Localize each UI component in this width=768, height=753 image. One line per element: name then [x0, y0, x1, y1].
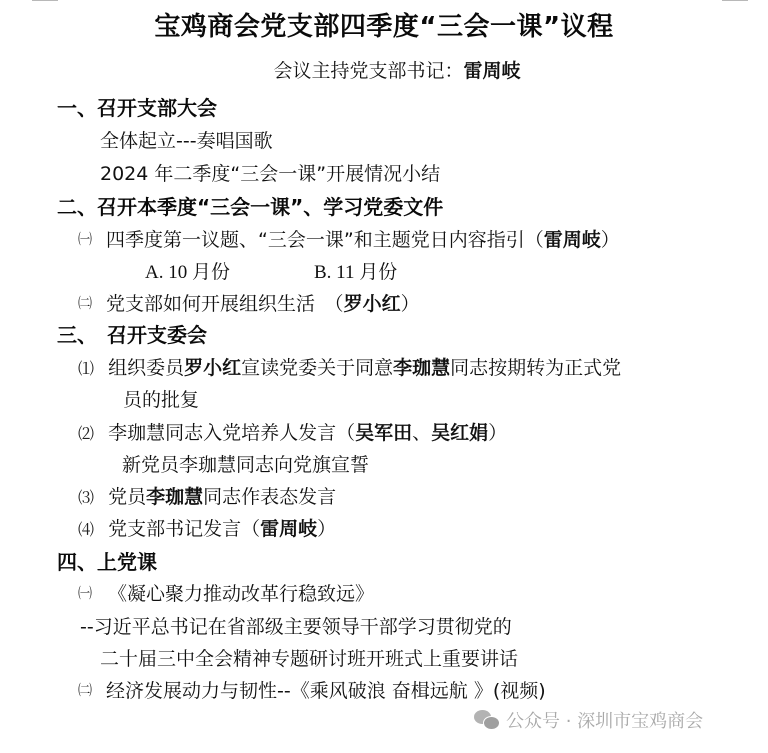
- item-marker: ㈡: [78, 291, 92, 317]
- lecture-subtitle: --习近平总书记在省部级主要领导干部学习贯彻党的: [80, 614, 512, 640]
- person-name: 罗小红: [184, 357, 241, 379]
- agenda-item-continuation: 员的批复: [123, 387, 199, 413]
- agenda-item: ㈠ 四季度第一议题、“三会一课”和主题党日内容指引（雷周岐）: [78, 227, 620, 253]
- item-text: 李珈慧同志入党培养人发言（: [108, 422, 355, 444]
- item-marker: ㈠: [78, 227, 92, 253]
- option-b-label: B. 11 月份: [314, 262, 397, 283]
- agenda-item: ⑴ 组织委员罗小红宣读党委关于同意李珈慧同志按期转为正式党: [78, 355, 621, 382]
- agenda-item: ⑷ 党支部书记发言（雷周岐）: [78, 516, 336, 543]
- item-text: ）: [488, 422, 507, 444]
- wechat-watermark: 公众号 · 深圳市宝鸡商会: [474, 707, 703, 733]
- video-title: 经济发展动力与韧性--《乘风破浪 奋楫远航 》(视频): [106, 680, 546, 702]
- item-marker: ⑵: [78, 421, 94, 447]
- wechat-icon: [474, 709, 500, 731]
- item-marker: ㈡: [78, 678, 92, 704]
- item-text: 四季度第一议题、“三会一课”和主题党日内容指引（: [106, 229, 544, 251]
- agenda-item: ㈡ 党支部如何开展组织生活 （罗小红）: [78, 291, 420, 317]
- host-label: 会议主持党支部书记：: [273, 60, 463, 82]
- option-a: A. 10 月份: [145, 259, 230, 286]
- item-text: 同志作表态发言: [203, 486, 336, 508]
- item-text: 组织委员: [108, 357, 184, 379]
- meeting-host: 会议主持党支部书记：雷周岐: [0, 56, 768, 83]
- item-marker: ⑶: [78, 485, 94, 511]
- item-text: 、: [412, 422, 431, 444]
- page-corner-mark-right: [722, 0, 748, 1]
- section-heading-3: 三、 召开支委会: [57, 322, 207, 348]
- item-marker: ㈠: [78, 581, 92, 607]
- agenda-item-continuation: 新党员李珈慧同志向党旗宣誓: [122, 452, 369, 478]
- agenda-item: 全体起立---奏唱国歌: [100, 128, 273, 154]
- item-text: ）: [317, 518, 336, 540]
- option-b: B. 11 月份: [314, 259, 397, 286]
- document-title: 宝鸡商会党支部四季度“三会一课”议程: [0, 6, 768, 43]
- item-text-end: ）: [401, 293, 420, 315]
- host-name: 雷周岐: [464, 60, 521, 82]
- presenter-name: 罗小红: [344, 293, 401, 315]
- person-name: 吴军田: [355, 422, 412, 444]
- agenda-item: ⑵ 李珈慧同志入党培养人发言（吴军田、吴红娟）: [78, 420, 507, 447]
- item-marker: ⑴: [78, 356, 94, 382]
- item-marker: ⑷: [78, 517, 94, 543]
- agenda-item: ⑶ 党员李珈慧同志作表态发言: [78, 484, 336, 511]
- presenter-name: 雷周岐: [544, 229, 601, 251]
- agenda-item: ㈡ 经济发展动力与韧性--《乘风破浪 奋楫远航 》(视频): [78, 678, 546, 704]
- section-heading-4: 四、上党课: [57, 549, 157, 575]
- lecture-title: 《凝心聚力推动改革行稳致远》: [108, 583, 374, 605]
- item-text: 党支部如何开展组织生活 （: [106, 293, 344, 315]
- agenda-item: 2024 年二季度“三会一课”开展情况小结: [100, 161, 440, 187]
- watermark-text: 公众号 · 深圳市宝鸡商会: [506, 707, 703, 733]
- item-text: 党员: [108, 486, 146, 508]
- item-text: 党支部书记发言（: [108, 518, 260, 540]
- person-name: 李珈慧: [146, 486, 203, 508]
- lecture-subtitle-continuation: 二十届三中全会精神专题研讨班开班式上重要讲话: [100, 646, 518, 672]
- page-corner-mark-left: [32, 0, 58, 1]
- section-heading-2: 二、召开本季度“三会一课”、学习党委文件: [57, 194, 443, 220]
- agenda-item: ㈠ 《凝心聚力推动改革行稳致远》: [78, 581, 374, 607]
- person-name: 李珈慧: [393, 357, 450, 379]
- item-text: 宣读党委关于同意: [241, 357, 393, 379]
- item-text: 同志按期转为正式党: [450, 357, 621, 379]
- item-text-end: ）: [601, 229, 620, 251]
- person-name: 雷周岐: [260, 518, 317, 540]
- option-a-label: A. 10 月份: [145, 262, 230, 283]
- person-name: 吴红娟: [431, 422, 488, 444]
- section-heading-1: 一、召开支部大会: [57, 95, 217, 121]
